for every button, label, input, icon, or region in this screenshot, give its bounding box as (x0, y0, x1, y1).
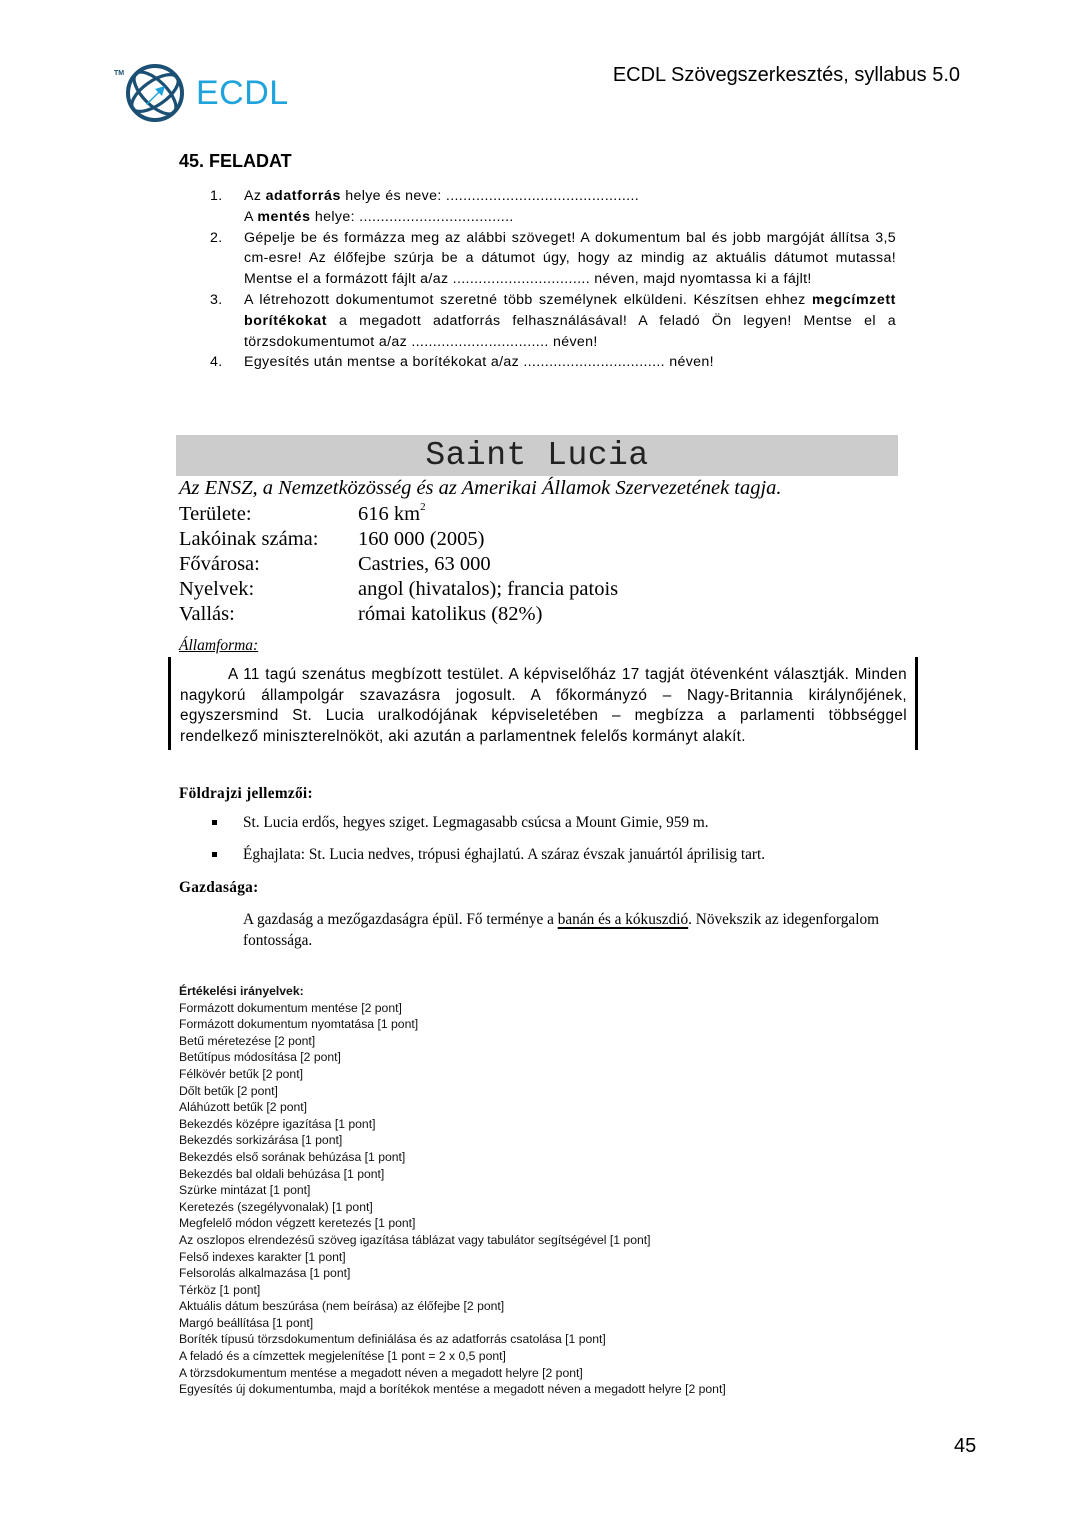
evaluation-item: Szürke mintázat [1 pont] (179, 1182, 726, 1199)
evaluation-list: Formázott dokumentum mentése [2 pont]For… (179, 1000, 726, 1398)
gazdasag-heading: Gazdasága: (179, 879, 258, 897)
evaluation-item: Keretezés (szegélyvonalak) [1 pont] (179, 1199, 726, 1216)
instruction-number: 1. (210, 186, 223, 207)
evaluation-item: Felsorolás alkalmazása [1 pont] (179, 1265, 726, 1282)
instruction-line: A mentés helye: ........................… (244, 207, 896, 228)
ecdl-globe-arrow-icon (124, 62, 186, 124)
list-item: St. Lucia erdős, hegyes sziget. Legmagas… (210, 813, 910, 833)
trademark-mark: TM (114, 70, 124, 77)
instruction-number: 2. (210, 228, 223, 249)
evaluation-item: Bekezdés középre igazítása [1 pont] (179, 1116, 726, 1133)
fact-row: Vallás: római katolikus (82%) (179, 602, 618, 627)
instruction-item: 1. Az adatforrás helye és neve: ........… (210, 186, 896, 228)
allamforma-heading: Államforma: (179, 637, 258, 655)
evaluation-item: Bekezdés bal oldali behúzása [1 pont] (179, 1166, 726, 1183)
country-facts: Területe: 616 km2 Lakóinak száma: 160 00… (179, 502, 618, 627)
evaluation-item: A feladó és a címzettek megjelenítése [1… (179, 1348, 726, 1365)
evaluation-item: Formázott dokumentum mentése [2 pont] (179, 1000, 726, 1017)
evaluation-item: Egyesítés új dokumentumba, majd a boríté… (179, 1381, 726, 1398)
evaluation-section: Értékelési irányelvek: Formázott dokumen… (179, 983, 726, 1398)
evaluation-item: Bekezdés első sorának behúzása [1 pont] (179, 1149, 726, 1166)
instruction-text: Egyesítés után mentse a borítékokat a/az… (244, 354, 714, 370)
evaluation-item: Bekezdés sorkizárása [1 pont] (179, 1132, 726, 1149)
fact-row: Lakóinak száma: 160 000 (2005) (179, 527, 618, 552)
evaluation-item: Dőlt betűk [2 pont] (179, 1083, 726, 1100)
instruction-number: 4. (210, 352, 223, 373)
allamforma-bordered-paragraph: A 11 tagú szenátus megbízott testület. A… (168, 657, 918, 750)
instruction-text: Gépelje be és formázza meg az alábbi szö… (244, 230, 896, 288)
evaluation-item: Az oszlopos elrendezésű szöveg igazítása… (179, 1232, 726, 1249)
foldrajz-heading: Földrajzi jellemzői: (179, 785, 313, 803)
evaluation-item: Félkövér betűk [2 pont] (179, 1066, 726, 1083)
instruction-number: 3. (210, 290, 223, 311)
instruction-item: 3. A létrehozott dokumentumot szeretné t… (210, 290, 896, 352)
underlined-text: banán és a kókuszdió (558, 911, 688, 928)
fact-row: Területe: 616 km2 (179, 502, 618, 527)
foldrajz-bullet-list: St. Lucia erdős, hegyes sziget. Legmagas… (210, 813, 910, 877)
list-item: Éghajlata: St. Lucia nedves, trópusi égh… (210, 845, 910, 865)
fact-row: Fővárosa: Castries, 63 000 (179, 552, 618, 577)
evaluation-item: Margó beállítása [1 pont] (179, 1315, 726, 1332)
evaluation-item: Betű méretezése [2 pont] (179, 1033, 726, 1050)
instruction-item: 4. Egyesítés után mentse a borítékokat a… (210, 352, 896, 373)
header-title: ECDL Szövegszerkesztés, syllabus 5.0 (613, 64, 960, 87)
evaluation-heading: Értékelési irányelvek: (179, 983, 726, 1000)
evaluation-item: A törzsdokumentum mentése a megadott név… (179, 1365, 726, 1382)
evaluation-item: Térköz [1 pont] (179, 1282, 726, 1299)
country-title-banner: Saint Lucia (176, 435, 898, 476)
page-number: 45 (954, 1435, 976, 1458)
evaluation-item: Formázott dokumentum nyomtatása [1 pont] (179, 1016, 726, 1033)
instruction-item: 2. Gépelje be és formázza meg az alábbi … (210, 228, 896, 290)
evaluation-item: Aktuális dátum beszúrása (nem beírása) a… (179, 1298, 726, 1315)
evaluation-item: Megfelelő módon végzett keretezés [1 pon… (179, 1215, 726, 1232)
country-subtitle: Az ENSZ, a Nemzetközösség és az Amerikai… (179, 477, 782, 500)
square-bullet-icon (212, 852, 217, 857)
evaluation-item: Felső indexes karakter [1 pont] (179, 1249, 726, 1266)
square-bullet-icon (212, 820, 217, 825)
instruction-line: Az adatforrás helye és neve: ...........… (244, 186, 896, 207)
instruction-list: 1. Az adatforrás helye és neve: ........… (210, 186, 896, 373)
fact-row: Nyelvek: angol (hivatalos); francia pato… (179, 577, 618, 602)
logo-text: ECDL (196, 74, 289, 113)
gazdasag-paragraph: A gazdaság a mezőgazdaságra épül. Fő ter… (243, 909, 893, 951)
evaluation-item: Betűtípus módosítása [2 pont] (179, 1049, 726, 1066)
task-title: 45. FELADAT (179, 151, 292, 172)
evaluation-item: Boríték típusú törzsdokumentum definiálá… (179, 1331, 726, 1348)
evaluation-item: Aláhúzott betűk [2 pont] (179, 1099, 726, 1116)
